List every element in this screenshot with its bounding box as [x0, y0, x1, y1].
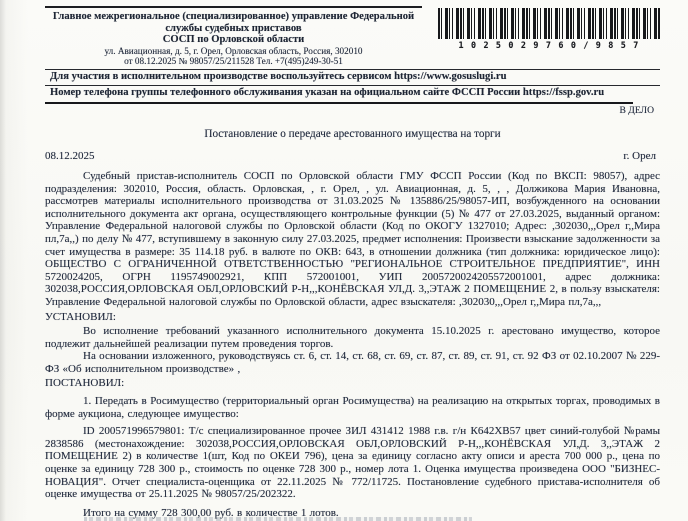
paragraph-seizure: Во исполнение требований указанного испо…	[45, 325, 660, 350]
divider-top	[45, 69, 660, 70]
paragraph-legal-basis: На основании изложенного, руководствуясь…	[45, 350, 660, 375]
document-body: Судебный пристав-исполнитель СОСП по Орл…	[45, 170, 660, 519]
notice-gosuslugi: Для участия в исполнительном производств…	[45, 71, 660, 84]
barcode-block: 1 0 2 5 0 2 9 7 6 0 / 9 8 5 7	[438, 6, 660, 50]
barcode-digits: 1 0 2 5 0 2 9 7 6 0 / 9 8 5 7	[438, 40, 660, 50]
document-ref-number: от 08.12.2025 № 98057/25/211528 Тел. +7(…	[45, 56, 422, 67]
paragraph-bailiff-case: Судебный пристав-исполнитель СОСП по Орл…	[45, 170, 660, 309]
divider-bottom-thick	[45, 102, 633, 104]
document-city: г. Орел	[623, 150, 656, 162]
date-row: 08.12.2025 г. Орел	[45, 150, 660, 162]
org-name-line-2: службы судебных приставов	[45, 23, 422, 35]
paragraph-property-description: ID 200571996579801: Т/с специализированн…	[45, 425, 660, 501]
barcode-icon	[438, 8, 660, 39]
document-title: Постановление о передаче арестованного и…	[45, 128, 660, 140]
document-date: 08.12.2025	[45, 150, 95, 162]
heading-postanovil: ПОСТАНОВИЛ:	[45, 377, 660, 390]
document-page: Главное межрегиональное (специализирован…	[0, 0, 688, 521]
letterhead: Главное межрегиональное (специализирован…	[45, 6, 660, 67]
paragraph-transfer-order: 1. Передать в Росимущество (территориаль…	[45, 395, 660, 420]
clipped-text-line	[84, 517, 472, 521]
heading-ustanovil: УСТАНОВИЛ:	[45, 311, 660, 324]
in-deal-label: В ДЕЛО	[45, 105, 660, 116]
org-address: ул. Авиационная, д. 5, г. Орел, Орловска…	[45, 46, 422, 57]
org-name-line-3: СОСП по Орловской области	[45, 34, 422, 46]
notice-fssp-site: Номер телефона группы телефонного обслуж…	[45, 87, 660, 100]
org-block: Главное межрегиональное (специализирован…	[45, 6, 422, 67]
org-name-line-1: Главное межрегиональное (специализирован…	[45, 11, 422, 23]
